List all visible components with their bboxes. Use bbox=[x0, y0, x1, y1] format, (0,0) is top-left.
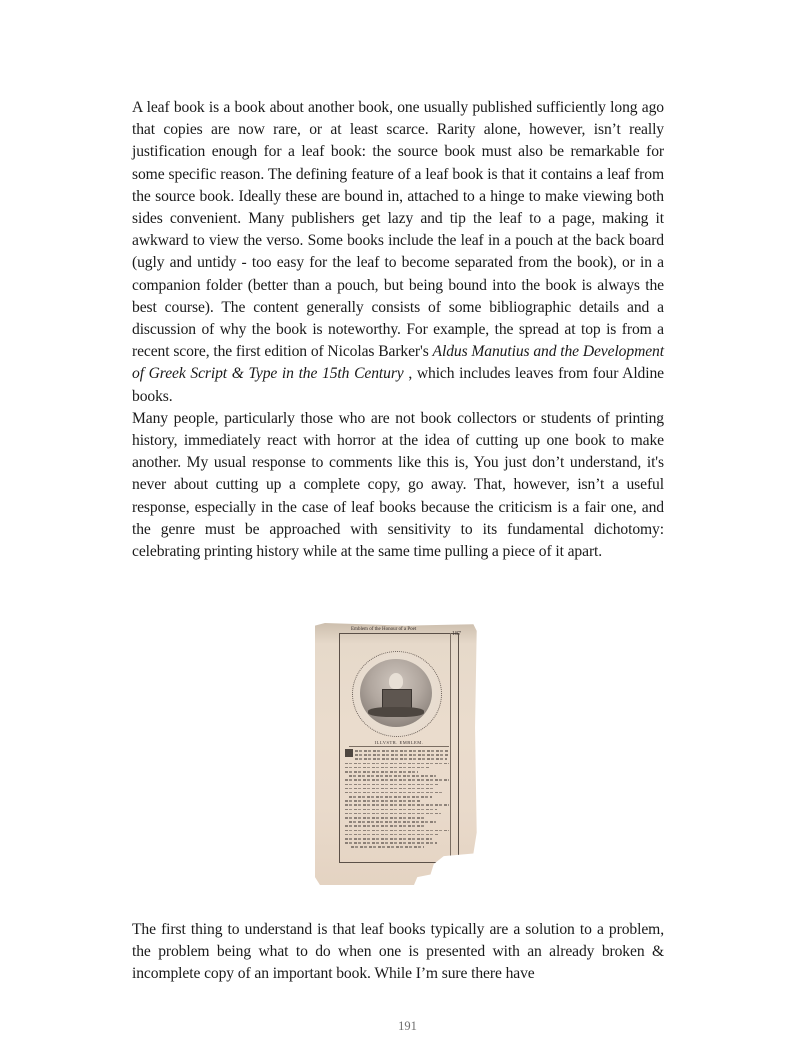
verse-line bbox=[355, 754, 449, 756]
paragraph-criticism: Many people, particularly those who are … bbox=[132, 408, 664, 563]
paragraph-text: A leaf book is a book about another book… bbox=[132, 99, 664, 360]
emblem-engraving bbox=[360, 659, 432, 727]
verse-line bbox=[345, 838, 432, 840]
verse-line bbox=[345, 792, 444, 794]
verse-line bbox=[345, 767, 430, 769]
verse-line bbox=[345, 771, 418, 773]
verse-line bbox=[345, 830, 449, 832]
verse-line bbox=[345, 779, 449, 781]
leaf-margin-rule bbox=[450, 633, 451, 861]
verse-line bbox=[355, 758, 447, 760]
verse-line bbox=[345, 809, 437, 811]
verse-line bbox=[345, 817, 426, 819]
verse-line bbox=[349, 796, 432, 798]
verse-line bbox=[345, 784, 439, 786]
emblem-ground bbox=[368, 707, 424, 717]
antique-leaf-image: Emblem of the Honour of a Poet 187 ILLVS… bbox=[315, 623, 480, 885]
verse-line bbox=[351, 846, 424, 848]
verse-line bbox=[345, 800, 420, 802]
leaf-title-bar: ILLVSTR. EMBLEM. bbox=[349, 740, 449, 747]
engraved-emblem-roundel bbox=[352, 651, 442, 737]
verse-line bbox=[355, 750, 449, 752]
leaf-folio-number: 187 bbox=[452, 631, 461, 637]
leaf-verse-lines bbox=[345, 750, 449, 851]
document-page: A leaf book is a book about another book… bbox=[0, 0, 795, 1063]
verse-line bbox=[345, 788, 434, 790]
verse-line bbox=[349, 775, 436, 777]
bust-figure bbox=[389, 673, 403, 689]
leaf-running-head: Emblem of the Honour of a Poet bbox=[351, 627, 416, 633]
verse-line bbox=[345, 842, 437, 844]
paragraph-leaf-book-definition: A leaf book is a book about another book… bbox=[132, 97, 664, 408]
leaf-image-figure: Emblem of the Honour of a Poet 187 ILLVS… bbox=[315, 623, 480, 885]
page-number: 191 bbox=[0, 1019, 795, 1034]
verse-line bbox=[345, 763, 449, 765]
verse-line bbox=[349, 821, 436, 823]
paragraph-leaf-books-solution: The first thing to understand is that le… bbox=[132, 919, 664, 986]
verse-line bbox=[345, 825, 424, 827]
verse-line bbox=[345, 804, 449, 806]
body-text-top: A leaf book is a book about another book… bbox=[132, 97, 664, 563]
body-text-bottom: The first thing to understand is that le… bbox=[132, 919, 664, 986]
verse-line bbox=[345, 834, 439, 836]
verse-line bbox=[345, 813, 441, 815]
